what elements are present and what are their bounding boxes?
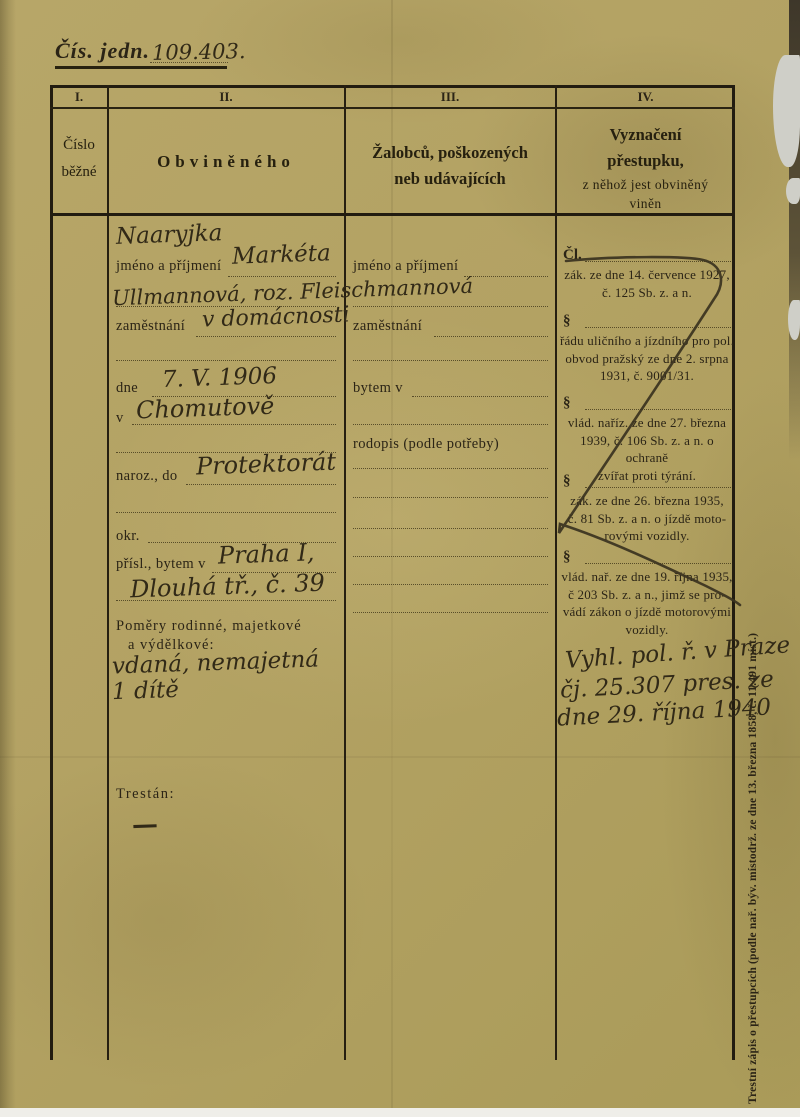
accused-district-label: okr.	[116, 528, 140, 545]
torn-paper-edge	[786, 178, 800, 204]
accused-family-value2: 1 dítě	[112, 677, 180, 705]
dotted-line	[116, 512, 336, 513]
law-entry-1: Čl. zák. ze dne 14. července 1927, č. 12…	[559, 250, 735, 285]
law-line: č. 125 Sb. z. a n.	[559, 284, 735, 302]
dotted-line	[186, 484, 336, 485]
law-text: zák. ze dne 26. března 1935, č. 81 Sb. z…	[559, 492, 735, 545]
law-line: 1939, č. 106 Sb. z. a n. o ochraně	[559, 432, 735, 467]
law-text: zák. ze dne 14. července 1927, č. 125 Sb…	[559, 266, 735, 301]
law-prefix: §	[563, 473, 571, 490]
law-prefix: §	[563, 395, 571, 412]
accused-name-value: Markéta	[232, 240, 332, 269]
accused-citizenship-value: Protektorát	[196, 448, 337, 481]
dotted-line	[353, 528, 548, 529]
dotted-line	[132, 424, 336, 425]
column-divider-1	[107, 85, 109, 1060]
accused-name-label: jméno a příjmení	[116, 258, 221, 275]
dotted-line	[585, 327, 731, 328]
plaintiff-genealogy-label: rodopis (podle potřeby)	[353, 436, 499, 453]
law-line: zák. ze dne 26. března 1935,	[559, 492, 735, 510]
page-fold-shadow	[0, 0, 16, 1117]
law-line: č 203 Sb. z. a n., jimž se pro-	[559, 586, 735, 604]
law-entry-3: § vlád. naříz. ze dne 27. března 1939, č…	[559, 398, 735, 468]
dotted-line	[196, 336, 336, 337]
law-line: řádu uličního a jízdního pro pol.	[559, 332, 735, 350]
accused-occupation-value: v domácnosti	[202, 302, 350, 332]
dotted-line	[353, 306, 548, 307]
dotted-line	[116, 360, 336, 361]
law-line: vlád. naříz. ze dne 27. března	[559, 414, 735, 432]
law-line: vádí zákon o jízdě motorovými	[559, 603, 735, 621]
plaintiff-name-label: jméno a příjmení	[353, 258, 458, 275]
dotted-line	[464, 276, 548, 277]
accused-family-label1: Poměry rodinné, majetkové	[116, 618, 302, 635]
ref-underline	[55, 66, 227, 69]
torn-paper-edge	[788, 300, 800, 340]
plaintiff-occupation-label: zaměstnání	[353, 318, 422, 335]
law-line: 1931, č. 9001/31.	[559, 367, 735, 385]
law-line: zák. ze dne 14. července 1927,	[559, 266, 735, 284]
dotted-line	[353, 424, 548, 425]
law-text: vlád. nař. ze dne 19. října 1935, č 203 …	[559, 568, 735, 638]
law-prefix: §	[563, 313, 571, 330]
dotted-line	[353, 360, 548, 361]
accused-birthdate-value: 7. V. 1906	[162, 363, 278, 393]
column-divider-2	[344, 85, 346, 1060]
accused-punished-value: —	[131, 810, 158, 841]
dotted-line	[585, 409, 731, 410]
accused-citizenship-label: naroz., do	[116, 468, 178, 485]
accused-punished-label: Trestán:	[116, 786, 175, 803]
numeral-underline	[50, 107, 735, 109]
dotted-line	[353, 612, 548, 613]
law-prefix: §	[563, 549, 571, 566]
scanned-document-page: { "colors": {"paper":"#b3a263","ink":"#2…	[0, 0, 800, 1117]
ref-number-label: Čís. jedn.	[55, 38, 150, 64]
dotted-line	[585, 261, 731, 262]
dotted-line	[353, 556, 548, 557]
law-entry-2: § řádu uličního a jízdního pro pol. obvo…	[559, 316, 735, 369]
law-text: řádu uličního a jízdního pro pol. obvod …	[559, 332, 735, 385]
dotted-line	[353, 468, 548, 469]
accused-birthplace-label: v	[116, 410, 124, 427]
law-line: obvod pražský ze dne 2. srpna	[559, 350, 735, 368]
law-text: vlád. naříz. ze dne 27. března 1939, č. …	[559, 414, 735, 484]
accused-birthplace-value: Chomutově	[136, 392, 275, 425]
accused-occupation-label: zaměstnání	[116, 318, 185, 335]
law-line: vlád. nař. ze dne 19. října 1935,	[559, 568, 735, 586]
law-line: rovými vozidly.	[559, 527, 735, 545]
handwritten-annotation: Naaryjka	[116, 220, 223, 250]
dotted-line	[353, 584, 548, 585]
torn-paper-edge	[773, 55, 800, 167]
law-line: vozidly.	[559, 621, 735, 639]
header-separator	[50, 213, 735, 216]
dotted-line	[585, 563, 731, 564]
accused-residence-label: přísl., bytem v	[116, 556, 206, 573]
ref-number-value: 109.403.	[152, 39, 246, 65]
dotted-line	[228, 276, 336, 277]
law-prefix: Čl.	[563, 247, 582, 264]
dotted-line	[412, 396, 548, 397]
plaintiff-residence-label: bytem v	[353, 380, 403, 397]
law-line: č. 81 Sb. z. a n. o jízdě moto-	[559, 510, 735, 528]
column-divider-3	[555, 85, 557, 1060]
law-entry-5: § vlád. nař. ze dne 19. října 1935, č 20…	[559, 552, 735, 622]
scanner-background-strip	[0, 1108, 800, 1117]
accused-residence-value: Praha I,	[218, 538, 315, 569]
accused-birthdate-label: dne	[116, 380, 138, 397]
dotted-line	[353, 497, 548, 498]
dotted-line	[585, 487, 731, 488]
dotted-line	[434, 336, 548, 337]
law-entry-4: § zák. ze dne 26. března 1935, č. 81 Sb.…	[559, 476, 735, 529]
